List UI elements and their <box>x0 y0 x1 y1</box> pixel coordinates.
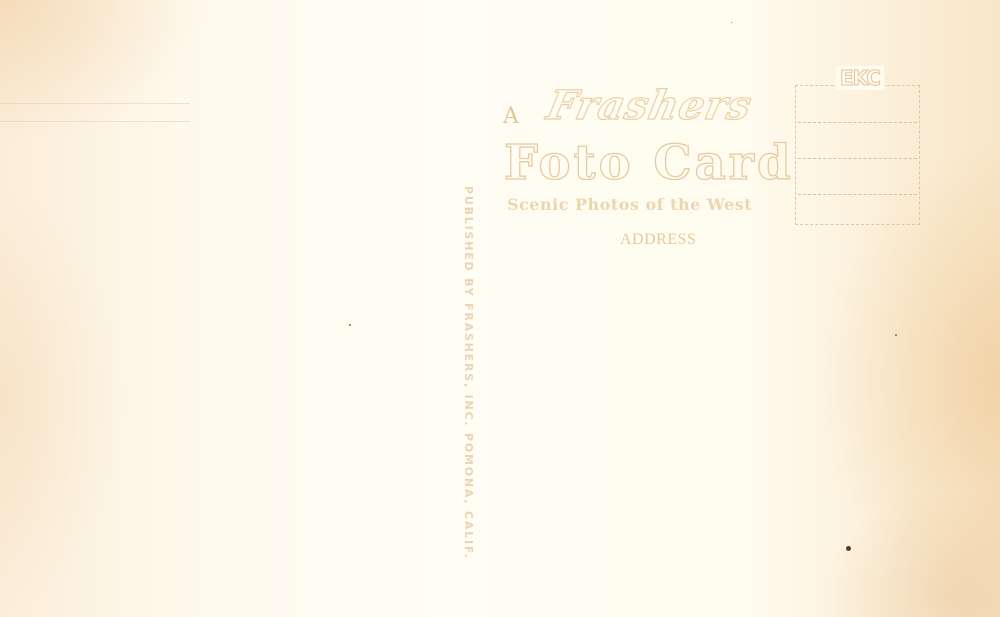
ekc-logo-icon: EKC <box>836 66 884 90</box>
paper-speck <box>895 334 897 336</box>
stamp-box <box>795 85 920 225</box>
postcard-back: A Frashers Foto Card Scenic Photos of th… <box>0 0 1000 617</box>
paper-speck <box>731 22 732 23</box>
paper-crease <box>0 103 190 104</box>
stamp-rule <box>798 122 917 123</box>
ink-spot <box>846 546 851 551</box>
brand-name: Frashers <box>543 82 756 129</box>
stamp-rule <box>798 158 917 159</box>
tagline: Scenic Photos of the West <box>507 195 752 214</box>
brand-prefix: A <box>503 104 520 129</box>
paper-speck <box>349 324 351 326</box>
publisher-imprint: PUBLISHED BY FRASHERS, INC. POMONA, CALI… <box>462 186 475 560</box>
address-label: ADDRESS <box>620 231 696 249</box>
stamp-rule <box>798 194 917 195</box>
paper-crease <box>0 121 190 122</box>
card-title: Foto Card <box>504 135 794 191</box>
